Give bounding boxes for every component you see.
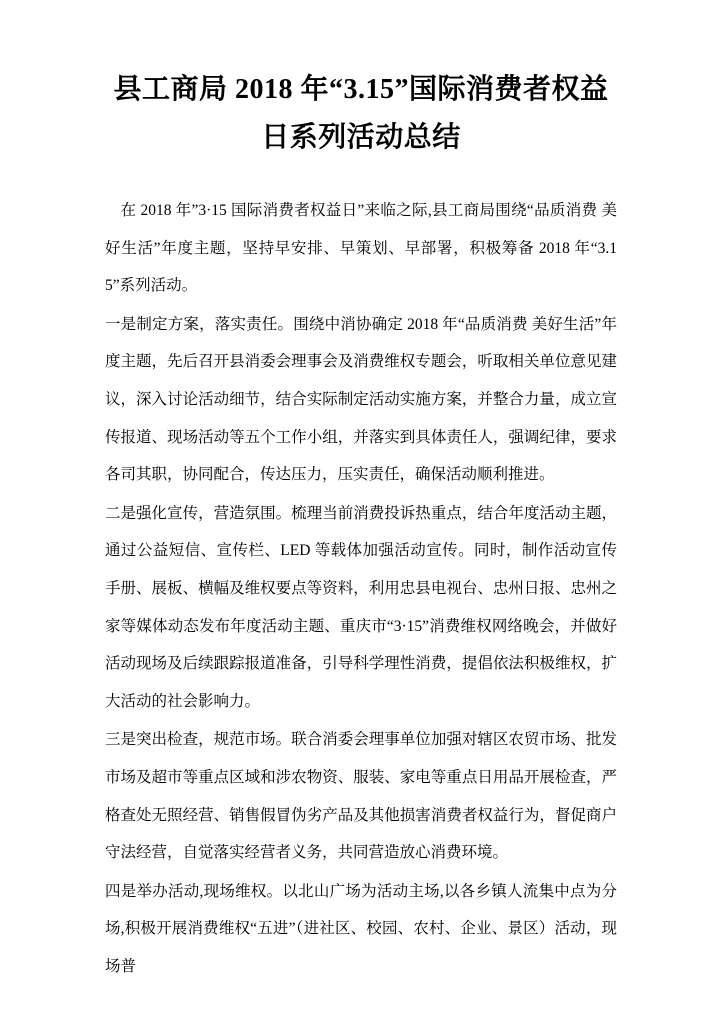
paragraph-intro: 在 2018 年”3·15 国际消费者权益日”来临之际,县工商局围绕“品质消费 …: [105, 192, 617, 305]
paragraph-point-3-inspection: 三是突出检查，规范市场。联合消委会理事单位加强对辖区农贸市场、批发市场及超市等重…: [105, 721, 617, 871]
document-title: 县工商局 2018 年“3.15”国际消费者权益日系列活动总结: [105, 66, 617, 162]
paragraph-point-4-events: 四是举办活动,现场维权。以北山广场为活动主场,以各乡镇人流集中点为分场,积极开展…: [105, 873, 617, 986]
paragraph-point-2-publicity: 二是强化宣传，营造氛围。梳理当前消费投诉热重点，结合年度活动主题，通过公益短信、…: [105, 495, 617, 721]
document-page: 县工商局 2018 年“3.15”国际消费者权益日系列活动总结 在 2018 年…: [0, 0, 721, 1020]
paragraph-point-1-plan: 一是制定方案，落实责任。围绕中消协确定 2018 年“品质消费 美好生活”年度主…: [105, 306, 617, 494]
document-body: 在 2018 年”3·15 国际消费者权益日”来临之际,县工商局围绕“品质消费 …: [105, 192, 617, 985]
